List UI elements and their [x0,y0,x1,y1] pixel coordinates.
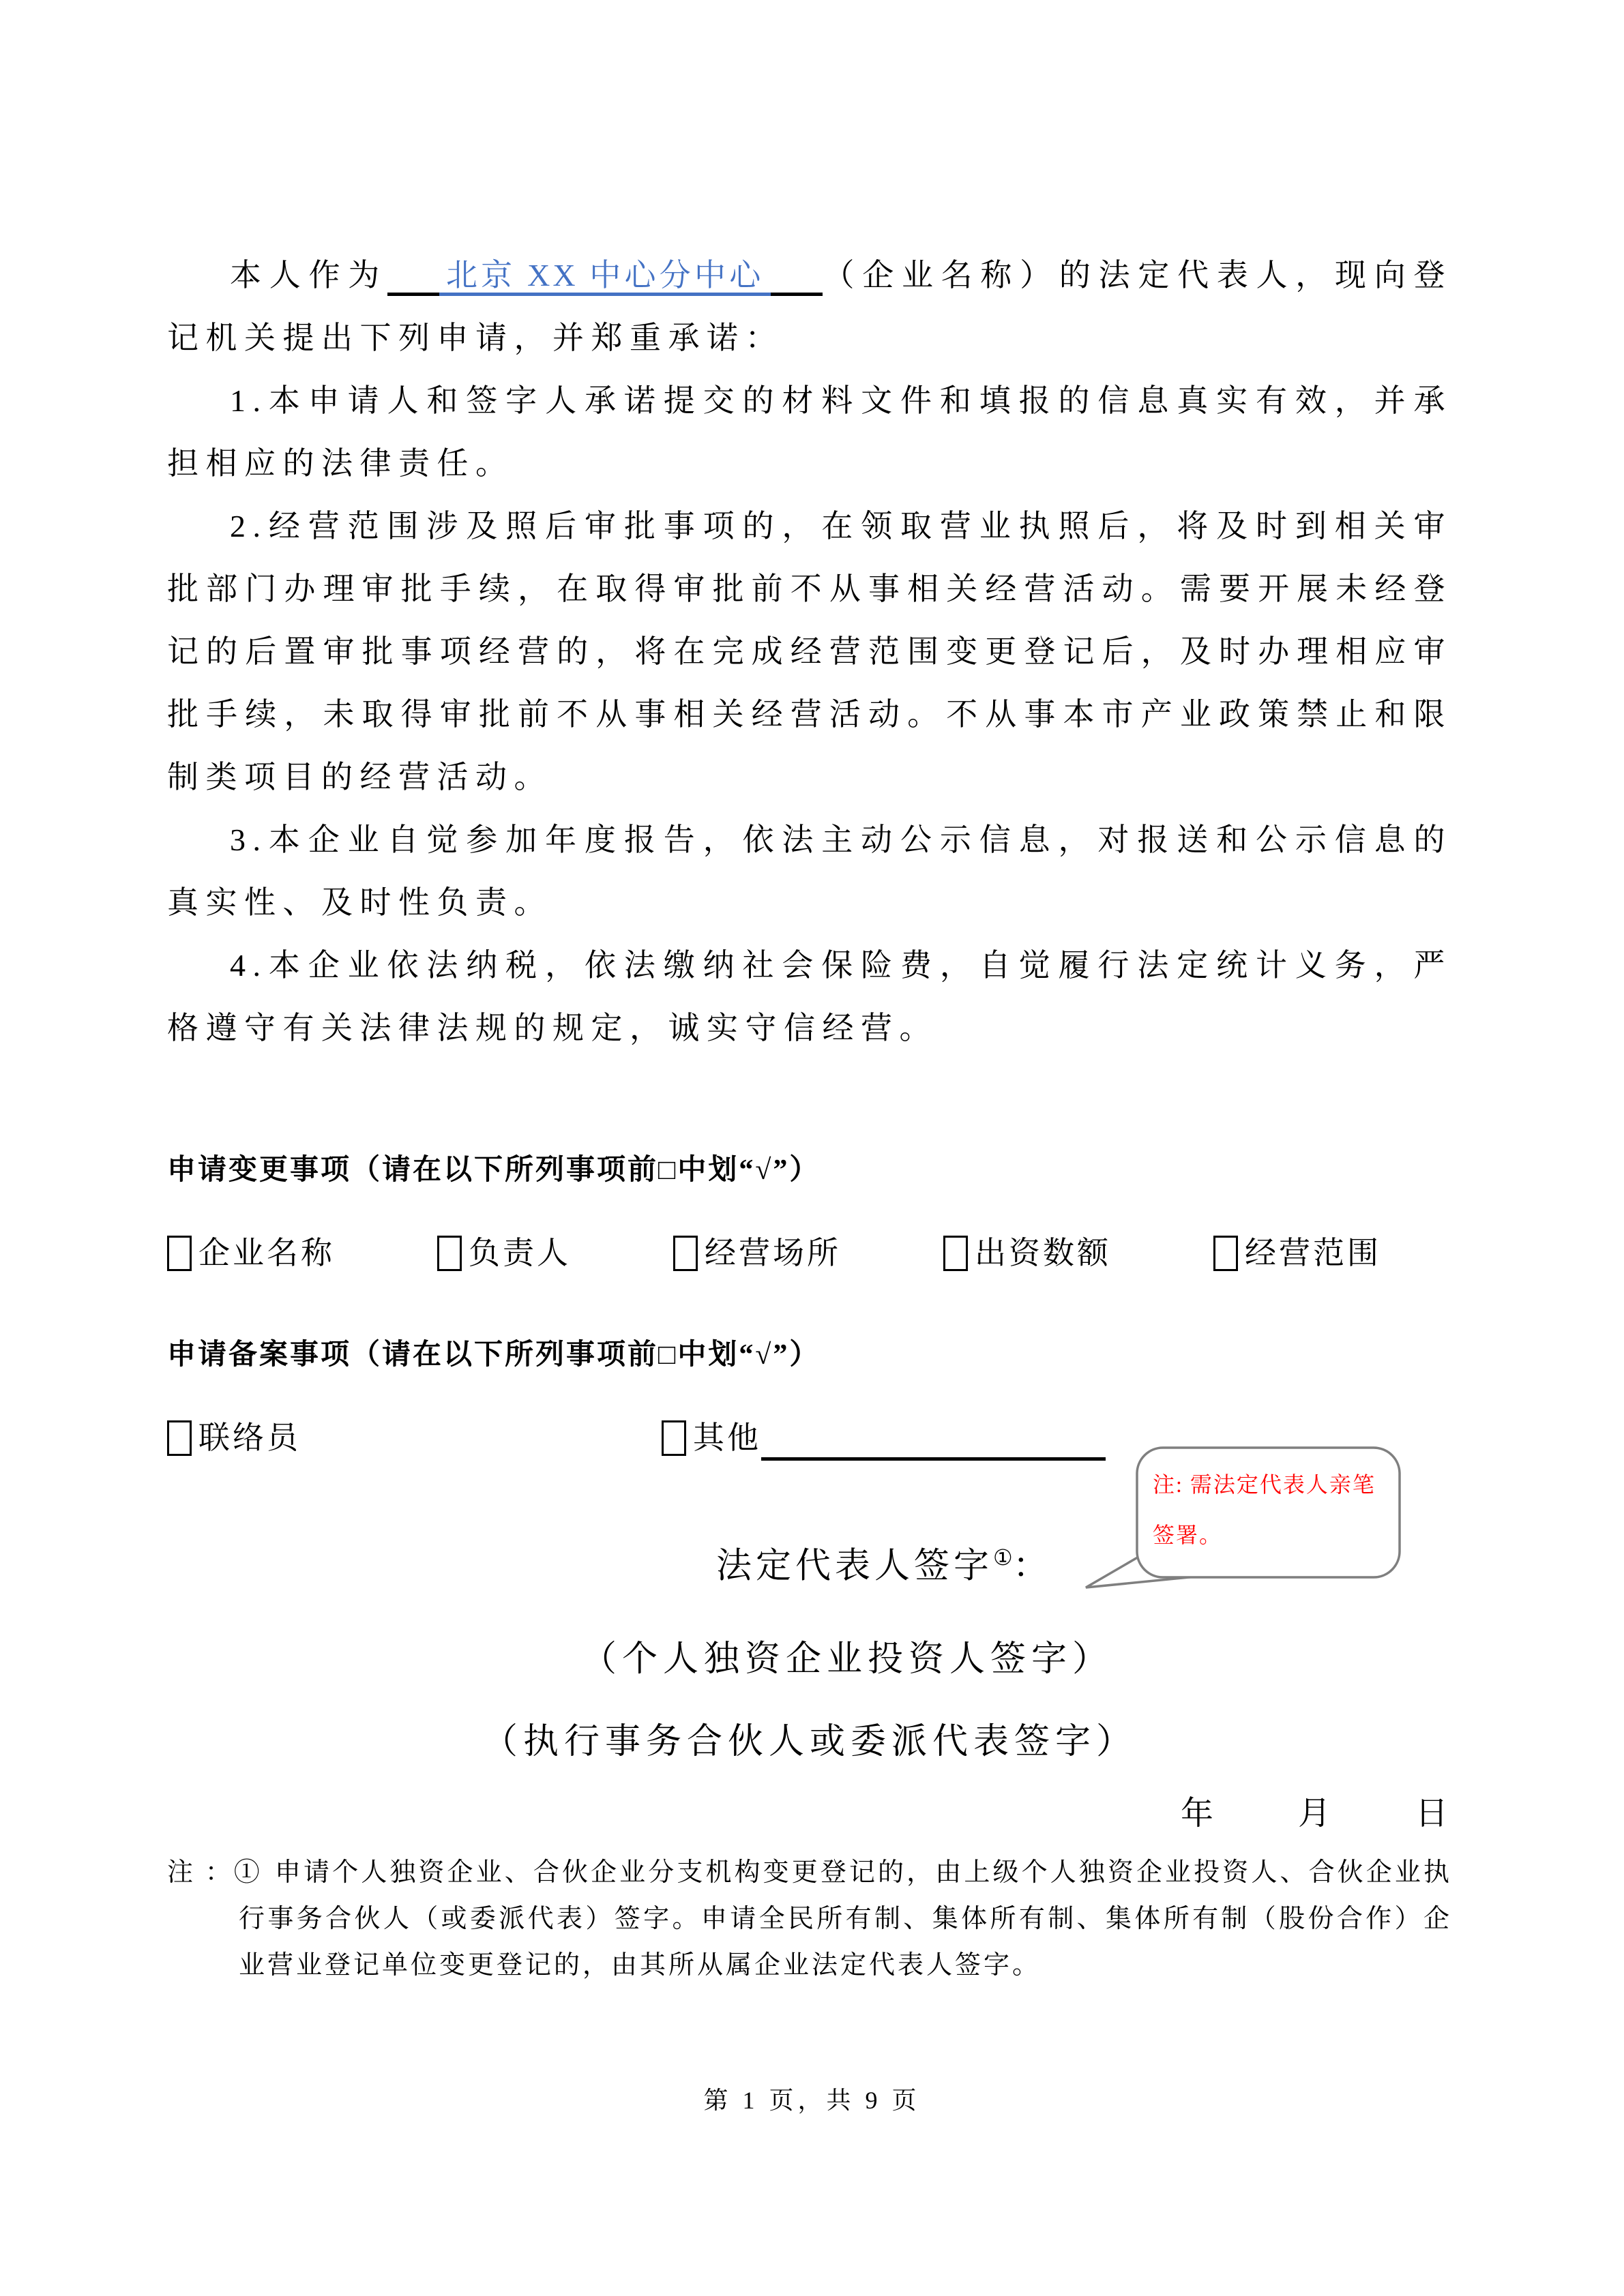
callout-note-text: 注: 需法定代表人亲笔签署。 [1153,1459,1382,1560]
change-section-title: 申请变更事项（请在以下所列事项前□中划“√”） [167,1139,1452,1202]
option-other[interactable]: 其他 [662,1407,761,1470]
footnote-label: 注 ：① [167,1858,263,1887]
date-year-label: 年 [1181,1780,1213,1848]
option-liaison[interactable]: 联络员 [167,1407,301,1470]
company-name-value: 北京 XX 中心分中心 [439,258,771,296]
intro-paragraph: 本人作为北京 XX 中心分中心（企业名称）的法定代表人，现向登记机关提出下列申请… [167,244,1452,370]
signature-footnote-ref: ① [993,1545,1013,1570]
company-name-blank[interactable]: 北京 XX 中心分中心 [387,258,823,296]
handwritten-signature-note-callout: 注: 需法定代表人亲笔签署。 [1079,1444,1406,1608]
filing-section-title: 申请备案事项（请在以下所列事项前□中划“√”） [167,1324,1452,1386]
option-label: 经营范围 [1245,1222,1381,1285]
checkbox-business-premises[interactable] [673,1236,698,1271]
option-label: 出资数额 [975,1222,1111,1285]
footnote-text: 申请个人独资企业、合伙企业分支机构变更登记的，由上级个人独资企业投资人、合伙企业… [239,1858,1452,1980]
option-label: 负责人 [469,1222,571,1285]
change-options-row: 企业名称 负责人 经营场所 出资数额 经营范围 [167,1222,1452,1285]
checkbox-person-in-charge[interactable] [437,1236,462,1271]
option-person-in-charge[interactable]: 负责人 [437,1222,571,1285]
checkbox-company-name[interactable] [167,1236,192,1271]
signature-colon: ： [1013,1547,1052,1585]
sole-proprietor-signature-line: （个人独资企业投资人签字） [167,1622,1452,1697]
checkbox-other[interactable] [662,1420,686,1456]
option-business-premises[interactable]: 经营场所 [673,1222,841,1285]
option-label: 其他 [693,1407,761,1470]
document-page: 本人作为北京 XX 中心分中心（企业名称）的法定代表人，现向登记机关提出下列申请… [0,0,1624,2296]
option-label: 联络员 [198,1407,301,1470]
commitment-3: 3.本企业自觉参加年度报告，依法主动公示信息，对报送和公示信息的真实性、及时性负… [167,809,1452,934]
checkbox-business-scope[interactable] [1213,1236,1238,1271]
page-number-footer: 第 1 页，共 9 页 [0,2081,1624,2116]
partner-signature-line: （执行事务合伙人或委派代表签字） [167,1705,1452,1780]
intro-prefix: 本人作为 [230,258,387,293]
signature-label: 法定代表人签字 [716,1547,993,1585]
date-month-label: 月 [1298,1780,1331,1848]
checkbox-liaison[interactable] [167,1420,192,1456]
footnote: 注 ：①申请个人独资企业、合伙企业分支机构变更登记的，由上级个人独资企业投资人、… [167,1849,1452,1988]
option-label: 企业名称 [198,1222,335,1285]
option-capital-amount[interactable]: 出资数额 [943,1222,1111,1285]
commitment-2: 2.经营范围涉及照后审批事项的，在领取营业执照后，将及时到相关审批部门办理审批手… [167,495,1452,809]
date-line: 年 月 日 [167,1780,1452,1848]
date-day-label: 日 [1415,1780,1448,1848]
option-business-scope[interactable]: 经营范围 [1213,1222,1381,1285]
other-fill-in-line[interactable] [761,1419,1106,1461]
commitment-1: 1.本申请人和签字人承诺提交的材料文件和填报的信息真实有效，并承担相应的法律责任… [167,370,1452,495]
commitment-4: 4.本企业依法纳税，依法缴纳社会保险费，自觉履行法定统计义务，严格遵守有关法律法… [167,934,1452,1060]
option-company-name[interactable]: 企业名称 [167,1222,335,1285]
option-label: 经营场所 [705,1222,841,1285]
checkbox-capital-amount[interactable] [943,1236,968,1271]
